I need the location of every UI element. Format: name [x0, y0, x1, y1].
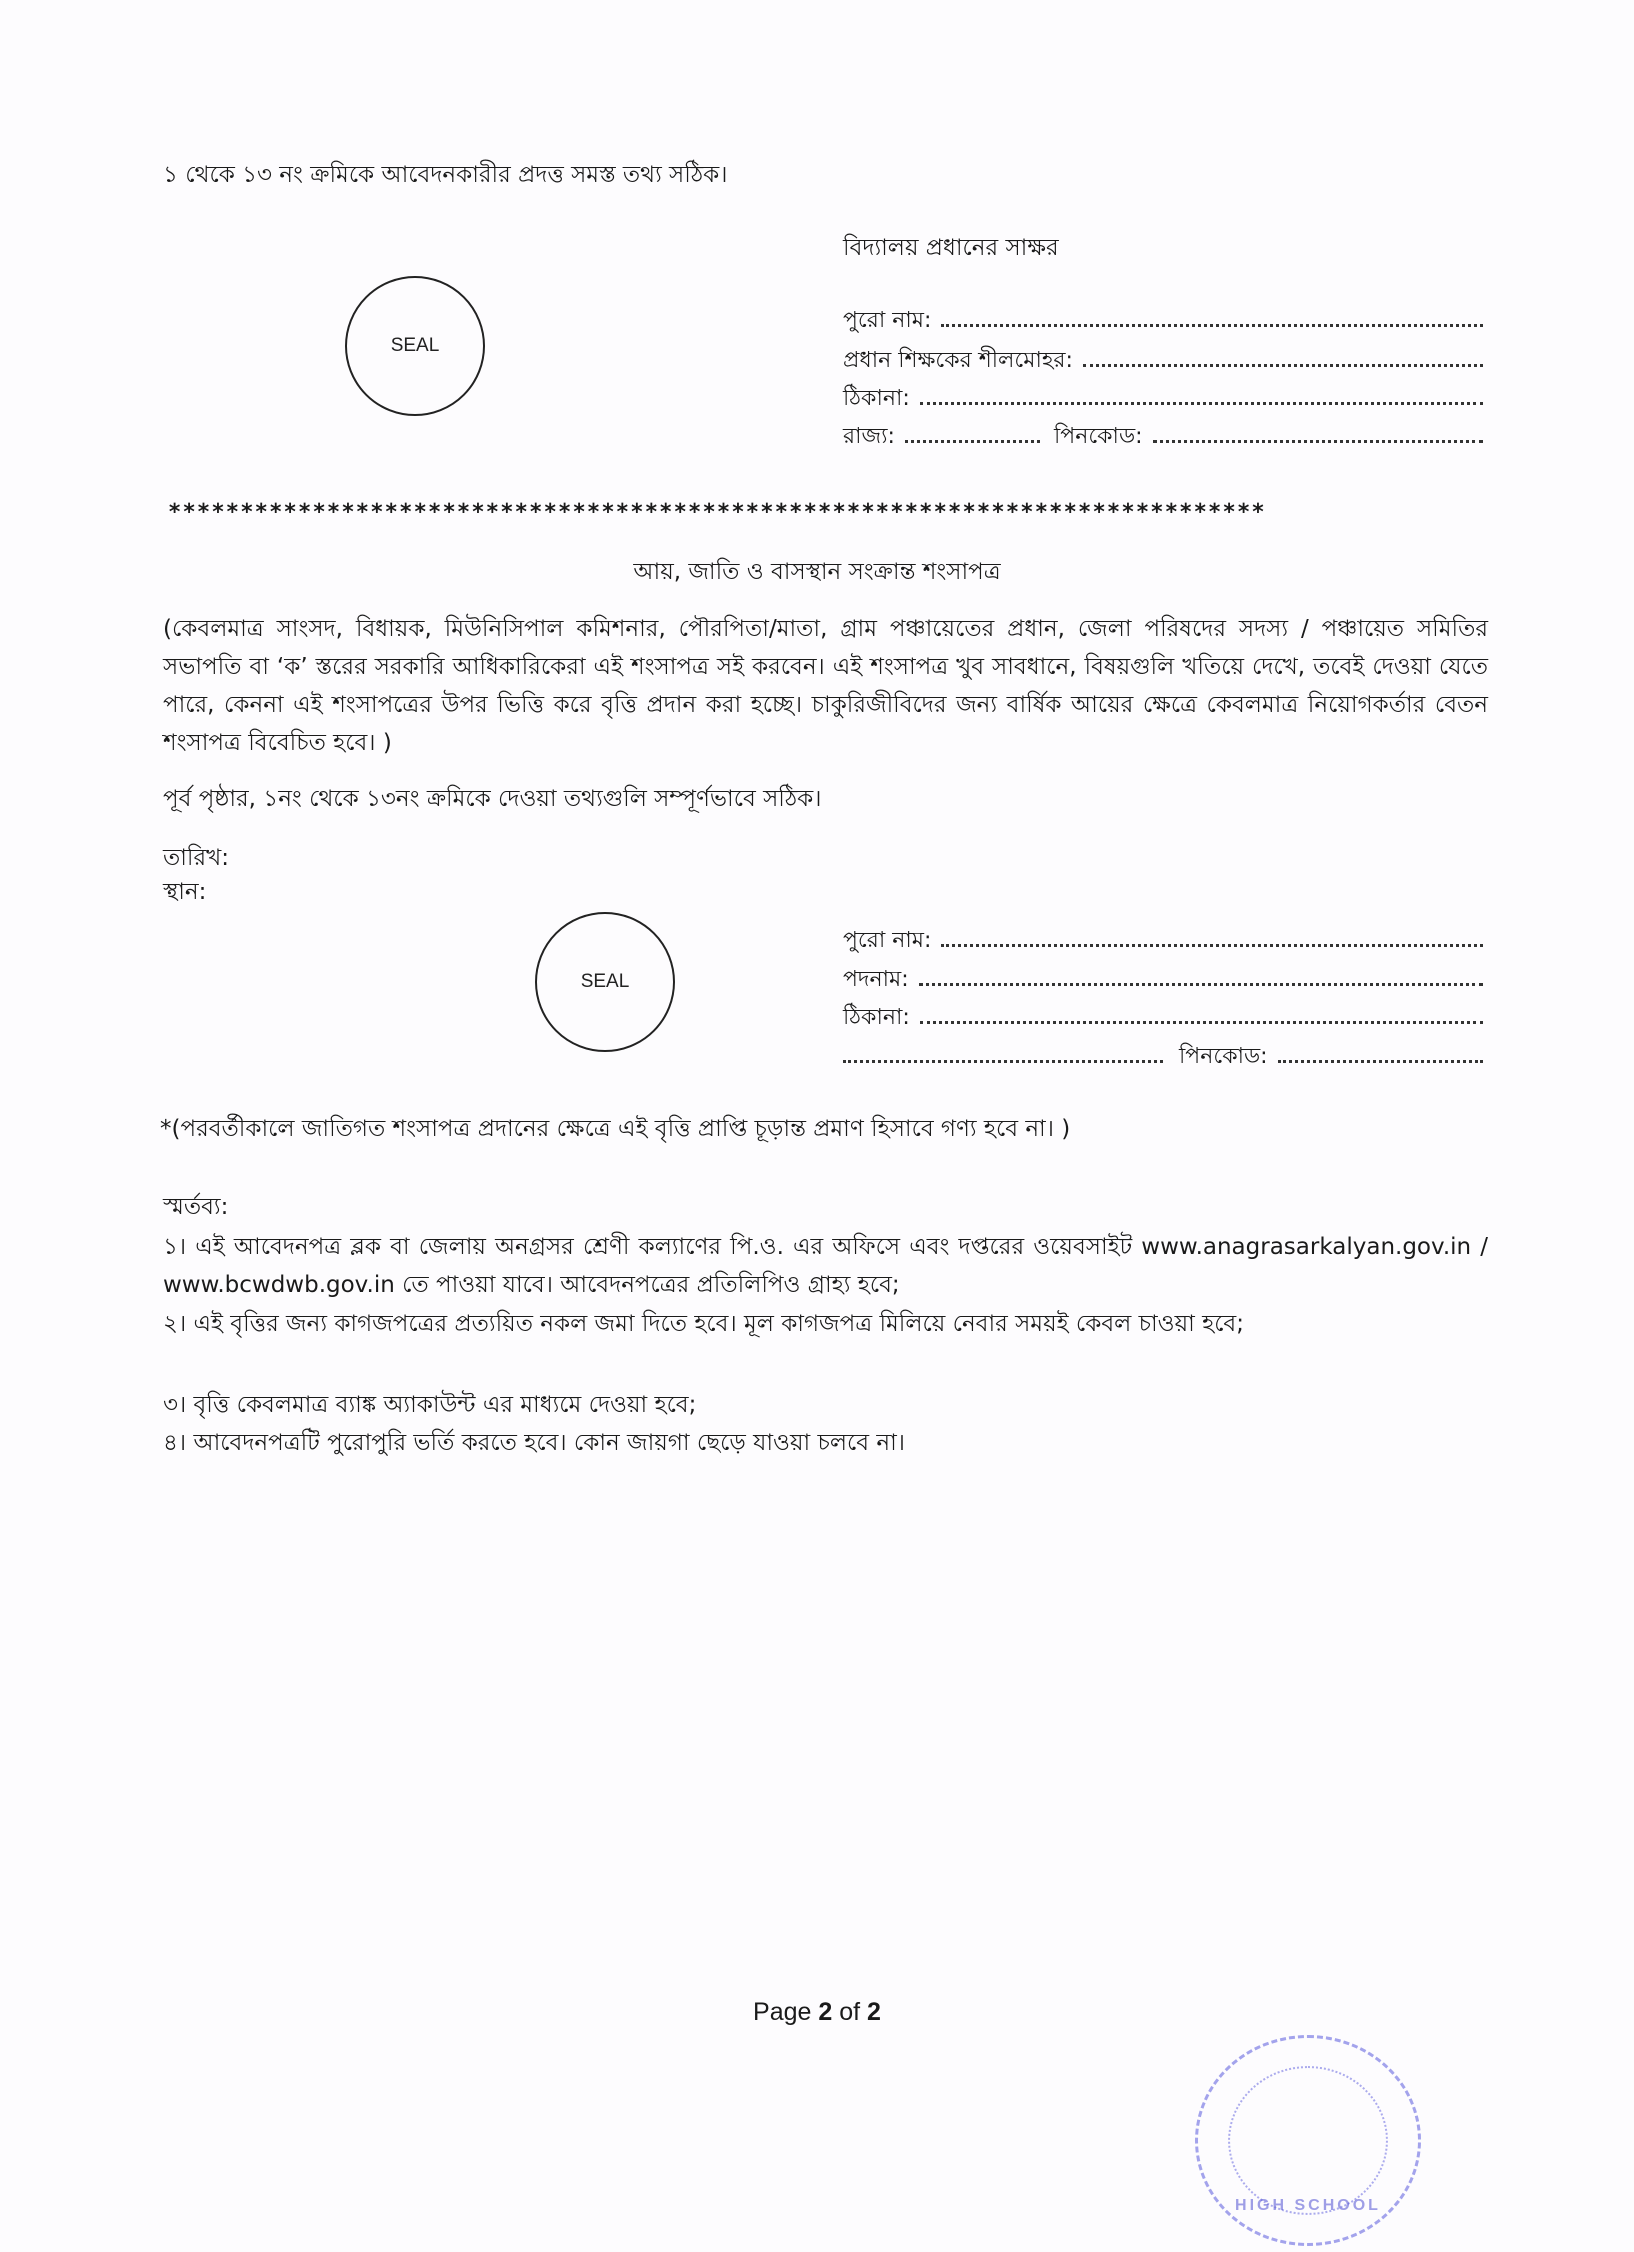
certificate-note: *(পরবর্তীকালে জাতিগত শংসাপত্র প্রদানের ক…	[160, 1114, 1070, 1144]
field-full-name-top[interactable]: পুরো নাম:	[843, 302, 1483, 340]
field-label: রাজ্য:	[843, 419, 895, 456]
fill-line-pincode[interactable]	[1278, 1042, 1483, 1063]
field-pincode-cert[interactable]: পিনকোড:	[843, 1038, 1483, 1076]
page-prefix: Page	[753, 1998, 818, 2026]
field-label: ঠিকানা:	[843, 381, 910, 418]
remark-item-1: ১। এই আবেদনপত্র ব্লক বা জেলায় অনগ্রসর শ…	[163, 1228, 1488, 1304]
stamp-inner-ring	[1228, 2066, 1388, 2215]
field-label: পদনাম:	[843, 962, 909, 999]
remark-item-4: ৪। আবেদনপত্রটি পুরোপুরি ভর্তি করতে হবে। …	[163, 1428, 905, 1458]
fill-line[interactable]	[941, 926, 1483, 947]
seal-label: SEAL	[581, 971, 630, 993]
stamp-text: HIGH SCHOOL	[1198, 2197, 1418, 2215]
fill-line-pincode[interactable]	[1153, 422, 1483, 443]
place-label: স্থান:	[163, 877, 206, 907]
certificate-title: আয়, জাতি ও বাসস্থান সংক্রান্ত শংসাপত্র	[0, 553, 1634, 592]
fill-line[interactable]	[941, 306, 1483, 327]
certificate-instructions: (কেবলমাত্র সাংসদ, বিধায়ক, মিউনিসিপাল কম…	[163, 610, 1488, 762]
field-address-top[interactable]: ঠিকানা:	[843, 380, 1483, 418]
field-hm-seal[interactable]: প্রধান শিক্ষকের শীলমোহর:	[843, 342, 1483, 380]
top-declaration: ১ থেকে ১৩ নং ক্রমিকে আবেদনকারীর প্রদত্ত …	[163, 160, 727, 190]
fill-line[interactable]	[920, 1003, 1483, 1024]
field-label: ঠিকানা:	[843, 1000, 910, 1037]
page-of: of	[832, 1998, 867, 2026]
field-label: পুরো নাম:	[843, 923, 931, 960]
field-label: পুরো নাম:	[843, 303, 931, 340]
remark-item-3: ৩। বৃত্তি কেবলমাত্র ব্যাঙ্ক অ্যাকাউন্ট এ…	[163, 1390, 696, 1420]
fill-line[interactable]	[920, 384, 1483, 405]
field-address-cert[interactable]: ঠিকানা:	[843, 999, 1483, 1037]
page-current: 2	[818, 1998, 832, 2026]
remarks-heading: স্মর্তব্য:	[163, 1192, 228, 1222]
page-total: 2	[867, 1998, 881, 2026]
remark-item-2: ২। এই বৃত্তির জন্য কাগজপত্রের প্রত্যয়িত…	[163, 1305, 1488, 1343]
seal-label: SEAL	[391, 335, 440, 357]
field-designation[interactable]: পদনাম:	[843, 961, 1483, 999]
field-label: পিনকোড:	[1054, 419, 1143, 456]
date-label: তারিখ:	[163, 843, 229, 873]
signature-heading: বিদ্যালয় প্রধানের সাক্ষর	[843, 233, 1059, 263]
page-number: Page 2 of 2	[0, 1998, 1634, 2027]
fill-line-state[interactable]	[905, 422, 1040, 443]
fill-line[interactable]	[919, 965, 1483, 986]
fill-line[interactable]	[1083, 346, 1483, 367]
field-state-pincode[interactable]: রাজ্য: পিনকোড:	[843, 418, 1483, 456]
certificate-declaration: পূর্ব পৃষ্ঠার, ১নং থেকে ১৩নং ক্রমিকে দেও…	[163, 784, 821, 814]
field-full-name-cert[interactable]: পুরো নাম:	[843, 922, 1483, 960]
fill-line-address-cont[interactable]	[843, 1042, 1163, 1063]
school-stamp-icon: HIGH SCHOOL	[1195, 2035, 1421, 2246]
seal-circle-certificate: SEAL	[535, 912, 675, 1052]
field-label: পিনকোড:	[1179, 1039, 1268, 1076]
field-label: প্রধান শিক্ষকের শীলমোহর:	[843, 343, 1073, 380]
star-separator: ****************************************…	[168, 500, 1488, 525]
seal-circle-top: SEAL	[345, 276, 485, 416]
